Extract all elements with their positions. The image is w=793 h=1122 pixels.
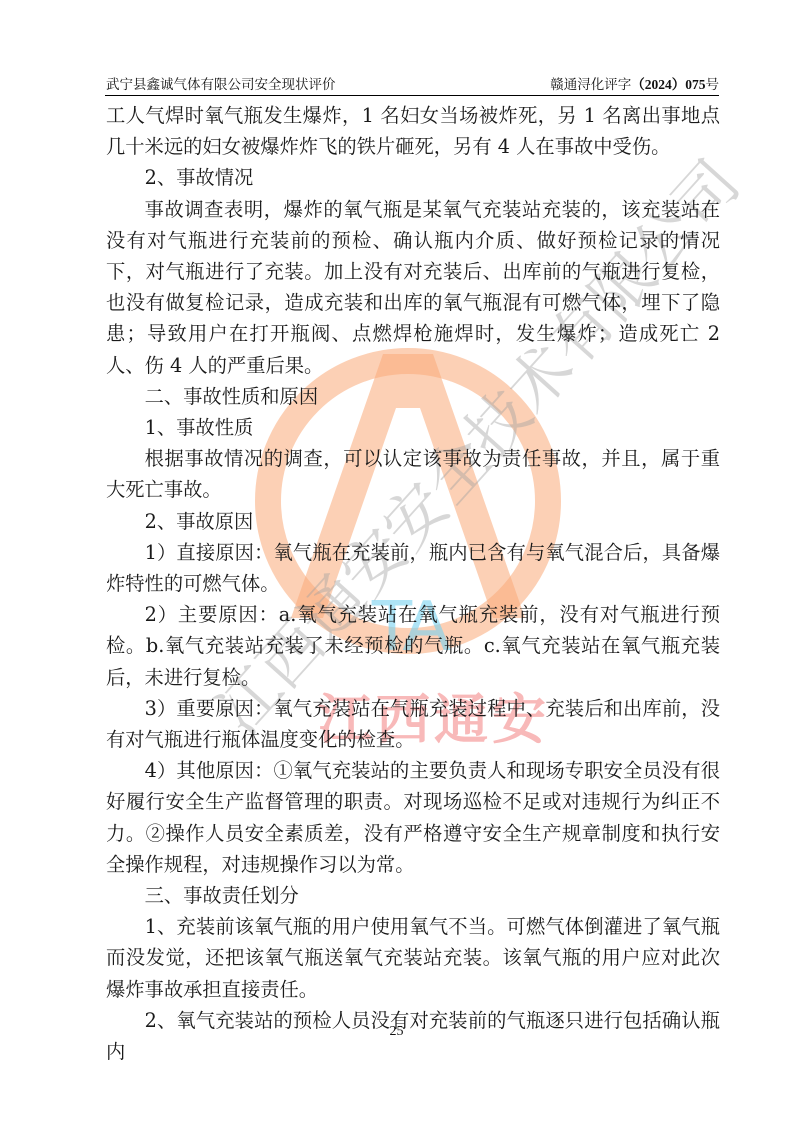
section-heading: 二、事故性质和原因 — [106, 381, 720, 412]
paragraph: 1、充装前该氧气瓶的用户使用氧气不当。可燃气体倒灌进了氧气瓶而没发觉，还把该氧气… — [106, 911, 720, 1005]
paragraph: 事故调查表明，爆炸的氧气瓶是某氧气充装站充装的，该充装站在没有对气瓶进行充装前的… — [106, 194, 720, 381]
paragraph: 3）重要原因：氧气充装站在气瓶充装过程中、充装后和出库前，没有对气瓶进行瓶体温度… — [106, 693, 720, 755]
document-page: TA 江西通安安全技术有限公司 江西通安 武宁县鑫诚气体有限公司安全现状评价 赣… — [0, 0, 793, 1122]
header-report-title: 武宁县鑫诚气体有限公司安全现状评价 — [106, 73, 336, 93]
doc-number-suffix: 号 — [706, 77, 720, 93]
page-header: 武宁县鑫诚气体有限公司安全现状评价 赣通浔化评字（2024）075号 — [105, 76, 719, 96]
section-heading: 三、事故责任划分 — [106, 880, 720, 911]
doc-number-year: （2024）075 — [631, 77, 705, 92]
paragraph: 4）其他原因：①氧气充装站的主要负责人和现场专职安全员没有很好履行安全生产监督管… — [106, 755, 720, 880]
paragraph: 工人气焊时氧气瓶发生爆炸，1 名妇女当场被炸死，另 1 名离出事地点几十米远的妇… — [106, 100, 720, 162]
section-heading: 2、事故原因 — [106, 506, 720, 537]
document-body: 工人气焊时氧气瓶发生爆炸，1 名妇女当场被炸死，另 1 名离出事地点几十米远的妇… — [106, 100, 720, 1067]
paragraph: 1）直接原因：氧气瓶在充装前，瓶内已含有与氧气混合后，具备爆炸特性的可燃气体。 — [106, 537, 720, 599]
doc-number-prefix: 赣通浔化评字 — [550, 77, 631, 93]
page-number: 25 — [0, 1024, 793, 1040]
header-doc-number: 赣通浔化评字（2024）075号 — [550, 73, 719, 93]
paragraph: 根据事故情况的调查，可以认定该事故为责任事故，并且，属于重大死亡事故。 — [106, 443, 720, 505]
paragraph: 2）主要原因：a.氧气充装站在氧气瓶充装前，没有对气瓶进行预检。b.氧气充装站充… — [106, 599, 720, 693]
section-heading: 2、事故情况 — [106, 162, 720, 193]
section-heading: 1、事故性质 — [106, 412, 720, 443]
